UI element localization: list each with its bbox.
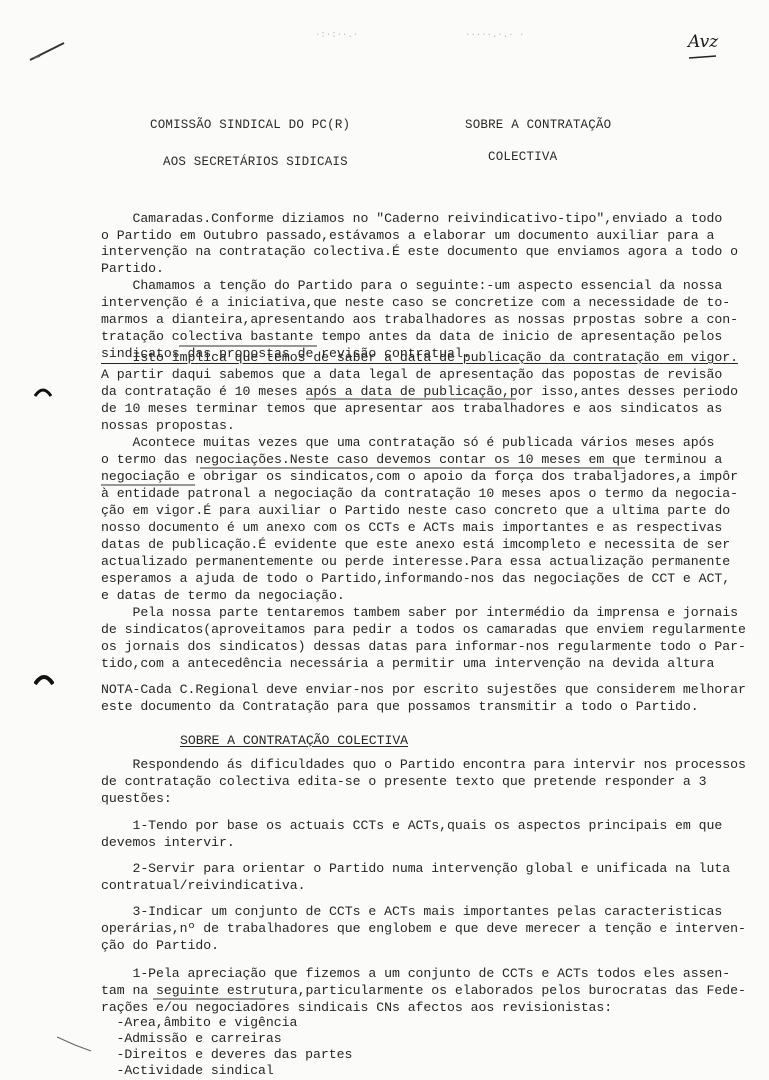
body-line: esperamos a ajuda de todo o Partido,info… (101, 572, 730, 585)
body-line: o termo das negociações.Neste caso devem… (101, 453, 722, 466)
body-line: tido,com a antecedência necessária a per… (101, 657, 714, 670)
body-line-underlined: Isto implica que temos de saber a data d… (101, 351, 738, 365)
underline-mark (153, 997, 265, 1001)
document-page: ·:·:··.· ·····.·.· · Avz COMISSÃO SINDIC… (0, 0, 769, 1080)
body-line: negociação e obrigar os sindicatos,com o… (101, 470, 738, 483)
body-line: nossas propostas. (101, 419, 235, 432)
underline-mark (200, 466, 625, 470)
point-1-line: 1-Pela apreciação que fizemos a um conju… (101, 967, 730, 980)
body-line: marmos a dianteira,apresentando aos trab… (101, 313, 738, 326)
punch-hole-mark (34, 672, 54, 686)
body-line: intervenção é a iniciativa,que neste cas… (101, 296, 730, 309)
section-line: Respondendo ás dificuldades quo o Partid… (101, 758, 746, 771)
punch-hole-mark (34, 386, 52, 398)
scan-noise: ·:·:··.· (315, 30, 358, 40)
underline-mark (101, 483, 195, 487)
section-title: SOBRE A CONTRATAÇÃO COLECTIVA (180, 734, 408, 747)
section-line: questões: (101, 792, 172, 805)
question-2: 2-Servir para orientar o Partido numa in… (101, 862, 730, 875)
handwritten-note: Avz (688, 32, 718, 52)
question-1-cont: devemos intervir. (101, 836, 235, 849)
scan-mark (28, 40, 68, 64)
body-line: o Partido em Outubro passado,estávamos a… (101, 229, 714, 242)
question-3-cont: ção do Partido. (101, 939, 219, 952)
section-line: de contratação colectiva edita-se o pres… (101, 775, 707, 788)
body-line: à entidade patronal a negociação da cont… (101, 487, 738, 500)
point-1-line: tam na seguinte estrutura,particularment… (101, 984, 746, 997)
body-line: e datas de termo da negociação. (101, 589, 345, 602)
body-line: de 10 meses terminar temos que apresenta… (101, 402, 722, 415)
body-line: A partir daqui sabemos que a data legal … (101, 368, 722, 381)
header-left-title: COMISSÃO SINDICAL DO PC(R) (150, 118, 350, 132)
underline-mark (306, 397, 516, 401)
body-line: Chamamos a tenção do Partido para o segu… (101, 279, 722, 292)
header-right-title: SOBRE A CONTRATAÇÃO (465, 118, 611, 132)
structure-item: -Admissão e carreiras (85, 1032, 282, 1045)
nota-line: este documento da Contratação para que p… (101, 700, 699, 713)
body-line: de sindicatos(aproveitamos para pedir a … (101, 623, 746, 636)
body-line: intervenção na contratação colectiva.É e… (101, 245, 738, 258)
header-right-subtitle: COLECTIVA (488, 150, 557, 164)
scan-noise: ·····.·.· · (465, 30, 524, 40)
header-left-subtitle: AOS SECRETÁRIOS SIDICAIS (163, 155, 348, 169)
nota-line: NOTA-Cada C.Regional deve enviar-nos por… (101, 683, 746, 696)
structure-item: -Area,âmbito e vigência (85, 1016, 297, 1029)
question-3-cont: operárias,nº de trabalhadores que englob… (101, 922, 746, 935)
body-line: Acontece muitas vezes que uma contrataçã… (101, 436, 714, 449)
body-line: Pela nossa parte tentaremos tambem saber… (101, 606, 738, 619)
structure-item: -Direitos e deveres das partes (85, 1048, 352, 1061)
body-line: ção em vigor.É para auxiliar o Partido n… (101, 504, 730, 517)
body-line: datas de publicação.É evidente que este … (101, 538, 730, 551)
body-line: Camaradas.Conforme diziamos no "Caderno … (101, 212, 722, 225)
body-line: actualizado permanentemente ou perde int… (101, 555, 730, 568)
body-line: tratação colectiva bastante tempo antes … (101, 330, 722, 343)
underline-mark (179, 344, 317, 348)
body-line: Partido. (101, 262, 164, 275)
structure-item: -Actividade sindical (85, 1064, 274, 1077)
body-line: nosso documento é um anexo com os CCTs e… (101, 521, 722, 534)
body-line: os jornais dos sindicatos) dessas datas … (101, 640, 746, 653)
question-3: 3-Indicar um conjunto de CCTs e ACTs mai… (101, 905, 722, 918)
point-1-line: rações e/ou negociadores sindicais CNs a… (101, 1001, 612, 1014)
question-2-cont: contratual/reivindicativa. (101, 879, 305, 892)
question-1: 1-Tendo por base os actuais CCTs e ACTs,… (101, 819, 722, 832)
handwritten-underline (688, 54, 718, 60)
